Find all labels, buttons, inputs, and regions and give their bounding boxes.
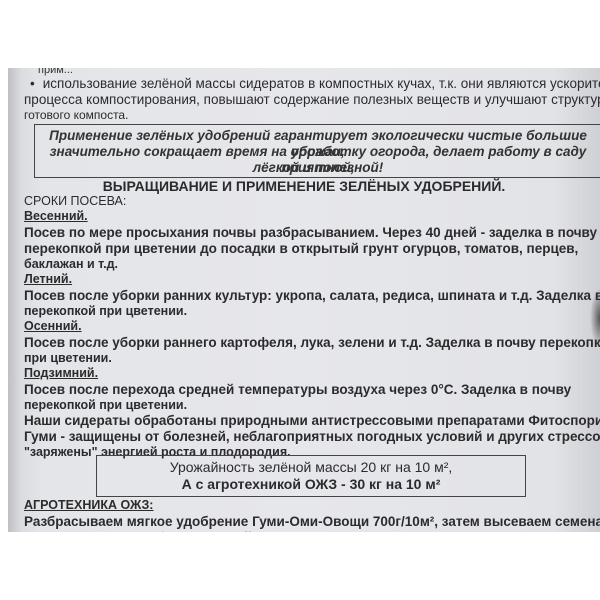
yield-line-2: А с агротехникой ОЖЗ - 30 кг на 10 м² bbox=[97, 476, 525, 493]
agro-line: Рыхлим землю (граблями, тяпкой или плоск… bbox=[24, 530, 600, 532]
season-summer-name: Летний. bbox=[24, 272, 72, 287]
treatment-line: Наши сидераты обработаны природными анти… bbox=[24, 413, 600, 428]
highlight-box: Применение зелёных удобрений гарантирует… bbox=[34, 124, 600, 178]
intro-line-2: процесса компостирования, повышают содер… bbox=[24, 92, 600, 107]
highlight-line-3: лёгкой и полезной! bbox=[35, 160, 600, 176]
seed-package-label: прим... использование зелёной массы сиде… bbox=[8, 68, 600, 532]
yield-line-1: Урожайность зелёной массы 20 кг на 10 м²… bbox=[97, 459, 525, 476]
season-spring-line: Посев по мере просыхания почвы разбрасыв… bbox=[24, 225, 597, 240]
season-spring-line: перекопкой при цветении до посадки в отк… bbox=[24, 241, 578, 256]
season-spring-name: Весенний. bbox=[24, 209, 88, 224]
season-winter-line: перекопкой при цветении. bbox=[24, 398, 187, 413]
sowing-terms-label: СРОКИ ПОСЕВА: bbox=[24, 194, 126, 209]
season-winter-line: Посев после перехода средней температуры… bbox=[24, 382, 571, 397]
agro-title: АГРОТЕХНИКА ОЖЗ: bbox=[24, 498, 153, 513]
intro-line-3: готового компоста. bbox=[24, 108, 128, 123]
season-summer-line: перекопкой при цветении. bbox=[24, 304, 187, 319]
cut-top-line: прим... bbox=[38, 68, 73, 76]
season-winter-name: Подзимний. bbox=[24, 366, 98, 381]
season-summer-line: Посев после уборки ранних культур: укроп… bbox=[24, 288, 600, 303]
treatment-line: Гуми - защищены от болезней, неблагоприя… bbox=[24, 429, 600, 444]
intro-bullet: использование зелёной массы сидератов в … bbox=[30, 76, 600, 91]
season-spring-line: баклажан и т.д. bbox=[24, 257, 118, 272]
season-autumn-name: Осенний. bbox=[24, 319, 82, 334]
season-autumn-line: Посев после уборки раннего картофеля, лу… bbox=[24, 335, 600, 350]
agro-line: Разбрасываем мягкое удобрение Гуми-Оми-О… bbox=[24, 514, 600, 529]
season-autumn-line: при цветении. bbox=[24, 351, 112, 366]
yield-box: Урожайность зелёной массы 20 кг на 10 м²… bbox=[96, 455, 526, 497]
section-title: ВЫРАЩИВАНИЕ И ПРИМЕНЕНИЕ ЗЕЛЁНЫХ УДОБРЕН… bbox=[8, 178, 600, 194]
